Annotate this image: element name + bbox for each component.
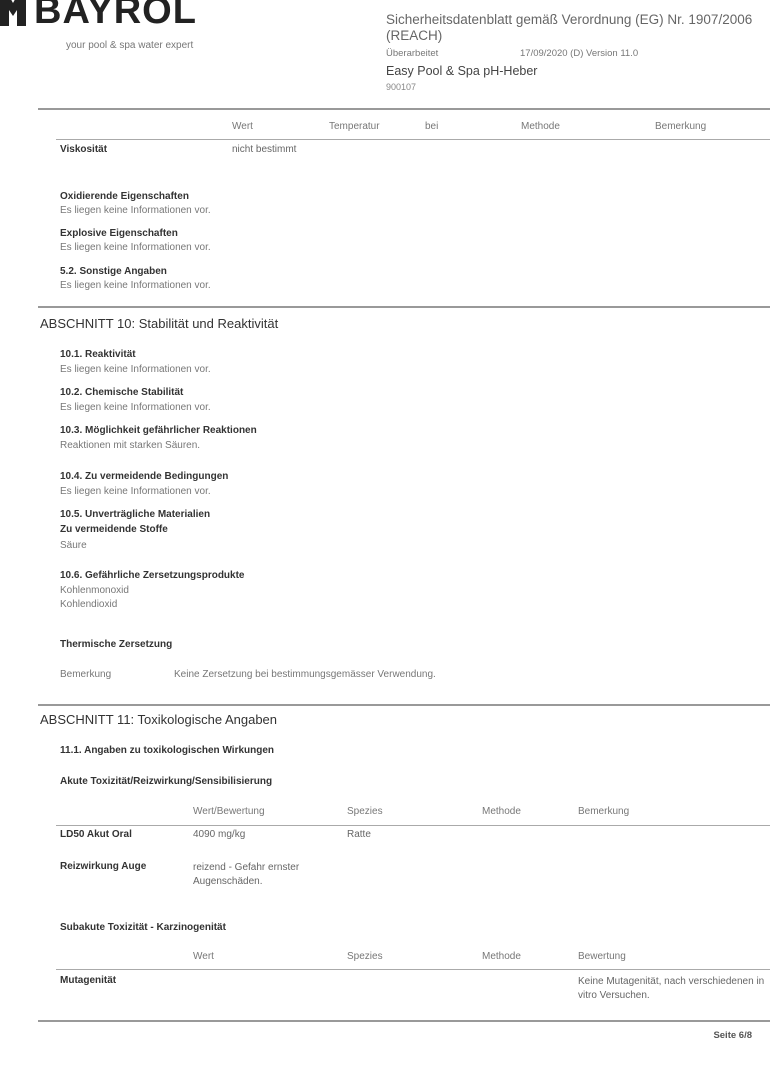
table-header-divider — [56, 825, 770, 826]
row-label-mutagenicity: Mutagenität — [60, 975, 116, 986]
thermal-remark-text: Keine Zersetzung bei bestimmungsgemässer… — [174, 669, 436, 680]
other-info-title: 5.2. Sonstige Angaben — [60, 266, 167, 277]
decomposition-product-1: Kohlenmonoxid — [60, 585, 129, 596]
subacute-toxicity-title: Subakute Toxizität - Karzinogenität — [60, 922, 226, 933]
hazardous-reactions-text: Reaktionen mit starken Säuren. — [60, 440, 200, 451]
product-number: 900107 — [386, 82, 416, 92]
footer-divider — [38, 1020, 770, 1022]
decomposition-product-2: Kohlendioxid — [60, 599, 117, 610]
bayrol-logo-icon — [0, 0, 26, 26]
acute-toxicity-title: Akute Toxizität/Reizwirkung/Sensibilisie… — [60, 776, 272, 787]
hazardous-reactions-title: 10.3. Möglichkeit gefährlicher Reaktione… — [60, 425, 257, 436]
table-header-divider — [56, 139, 770, 140]
col-header-spezies: Spezies — [347, 951, 383, 962]
col-header-methode: Methode — [521, 121, 560, 132]
col-header-temperatur: Temperatur — [329, 121, 380, 132]
incompatible-materials-title: 10.5. Unverträgliche Materialien — [60, 509, 210, 520]
section-10-title: ABSCHNITT 10: Stabilität und Reaktivität — [40, 316, 278, 331]
chemical-stability-title: 10.2. Chemische Stabilität — [60, 387, 183, 398]
oxidizing-text: Es liegen keine Informationen vor. — [60, 205, 211, 216]
row-label-viskositaet: Viskosität — [60, 144, 107, 155]
thermal-remark-label: Bemerkung — [60, 669, 111, 680]
section-divider — [38, 704, 770, 706]
row-label-eye-irritation: Reizwirkung Auge — [60, 861, 146, 872]
row-assessment-mutagenicity: Keine Mutagenität, nach verschiedenen in… — [578, 975, 768, 1003]
reactivity-text: Es liegen keine Informationen vor. — [60, 364, 211, 375]
conditions-avoid-title: 10.4. Zu vermeidende Bedingungen — [60, 471, 228, 482]
col-header-methode: Methode — [482, 806, 521, 817]
section-divider — [38, 306, 770, 308]
col-header-bei: bei — [425, 121, 438, 132]
brand-logo-text: BAYROL — [34, 0, 197, 33]
header-divider — [38, 108, 770, 110]
section-11-title: ABSCHNITT 11: Toxikologische Angaben — [40, 712, 277, 727]
other-info-text: Es liegen keine Informationen vor. — [60, 280, 211, 291]
conditions-avoid-text: Es liegen keine Informationen vor. — [60, 486, 211, 497]
col-header-spezies: Spezies — [347, 806, 383, 817]
row-value-ld50: 4090 mg/kg — [193, 829, 245, 840]
oxidizing-title: Oxidierende Eigenschaften — [60, 191, 189, 202]
col-header-methode: Methode — [482, 951, 521, 962]
decomposition-products-title: 10.6. Gefährliche Zersetzungsprodukte — [60, 570, 245, 581]
toxicological-effects-title: 11.1. Angaben zu toxikologischen Wirkung… — [60, 745, 274, 756]
row-value-eye-irritation: reizend - Gefahr ernster Augenschäden. — [193, 861, 333, 889]
page-number: Seite 6/8 — [713, 1030, 752, 1041]
chemical-stability-text: Es liegen keine Informationen vor. — [60, 402, 211, 413]
col-header-bemerkung: Bemerkung — [578, 806, 629, 817]
document-title: Sicherheitsdatenblatt gemäß Verordnung (… — [386, 12, 766, 44]
product-name: Easy Pool & Spa pH-Heber — [386, 64, 537, 78]
row-value-viskositaet: nicht bestimmt — [232, 144, 296, 155]
row-species-ld50: Ratte — [347, 829, 371, 840]
col-header-bemerkung: Bemerkung — [655, 121, 706, 132]
substances-avoid-subtitle: Zu vermeidende Stoffe — [60, 524, 168, 535]
reactivity-title: 10.1. Reaktivität — [60, 349, 136, 360]
revised-date-version: 17/09/2020 (D) Version 11.0 — [520, 48, 638, 59]
explosive-text: Es liegen keine Informationen vor. — [60, 242, 211, 253]
col-header-wert: Wert — [232, 121, 253, 132]
substances-avoid-text: Säure — [60, 540, 87, 551]
row-label-ld50: LD50 Akut Oral — [60, 829, 132, 840]
thermal-decomposition-title: Thermische Zersetzung — [60, 639, 172, 650]
revised-label: Überarbeitet — [386, 48, 438, 59]
col-header-bewertung: Bewertung — [578, 951, 626, 962]
brand-tagline: your pool & spa water expert — [66, 40, 193, 51]
explosive-title: Explosive Eigenschaften — [60, 228, 178, 239]
col-header-wert: Wert — [193, 951, 214, 962]
table-header-divider — [56, 969, 770, 970]
col-header-wert-bewertung: Wert/Bewertung — [193, 806, 265, 817]
